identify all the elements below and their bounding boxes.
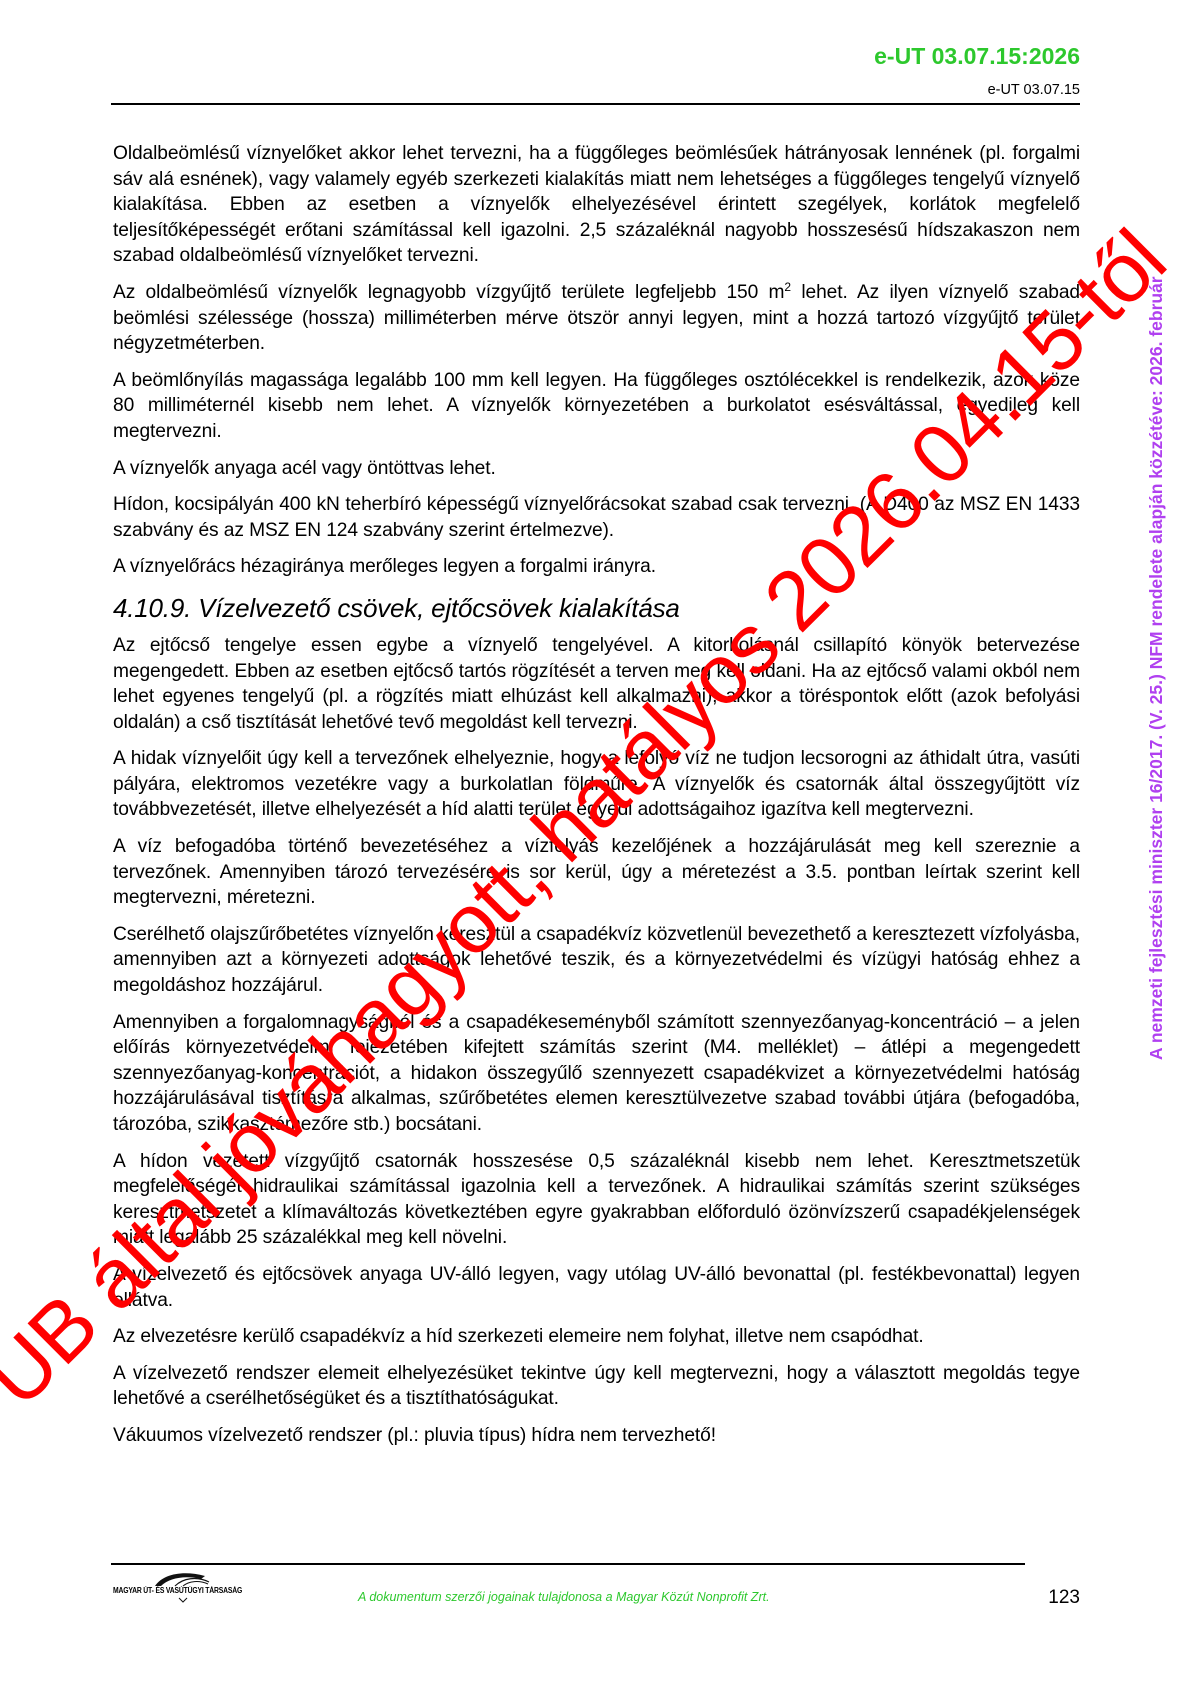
publication-watermark: A nemzeti fejlesztési miniszter 16/2017.… <box>1146 276 1167 1060</box>
company-logo: MAGYAR ÚT- ÉS VASÚTÜGYI TÁRSASÁG <box>113 1568 263 1608</box>
paragraph: Vákuumos vízelvezető rendszer (pl.: pluv… <box>113 1423 1080 1449</box>
copyright-notice: A dokumentum szerzői jogainak tulajdonos… <box>358 1590 770 1604</box>
section-heading: 4.10.9. Vízelvezető csövek, ejtőcsövek k… <box>113 591 1080 625</box>
header-divider <box>111 103 1080 105</box>
paragraph: A víznyelőrács hézagiránya merőleges leg… <box>113 554 1080 580</box>
page-number: 123 <box>1048 1587 1080 1609</box>
paragraph: Oldalbeömlésű víznyelőket akkor lehet te… <box>113 141 1080 269</box>
paragraph: Az ejtőcső tengelye essen egybe a víznye… <box>113 633 1080 735</box>
footer-divider <box>111 1563 1025 1565</box>
paragraph: Az oldalbeömlésű víznyelők legnagyobb ví… <box>113 280 1080 357</box>
logo-text: MAGYAR ÚT- ÉS VASÚTÜGYI TÁRSASÁG <box>113 1586 242 1595</box>
paragraph: Az elvezetésre kerülő csapadékvíz a híd … <box>113 1324 1080 1350</box>
paragraph: Cserélhető olajszűrőbetétes víznyelőn ke… <box>113 922 1080 999</box>
paragraph: A vízelvezető és ejtőcsövek anyaga UV-ál… <box>113 1262 1080 1313</box>
running-header: e-UT 03.07.15 <box>988 82 1080 98</box>
document-code: e-UT 03.07.15:2026 <box>874 43 1080 70</box>
paragraph: A vízelvezető rendszer elemeit elhelyezé… <box>113 1361 1080 1412</box>
